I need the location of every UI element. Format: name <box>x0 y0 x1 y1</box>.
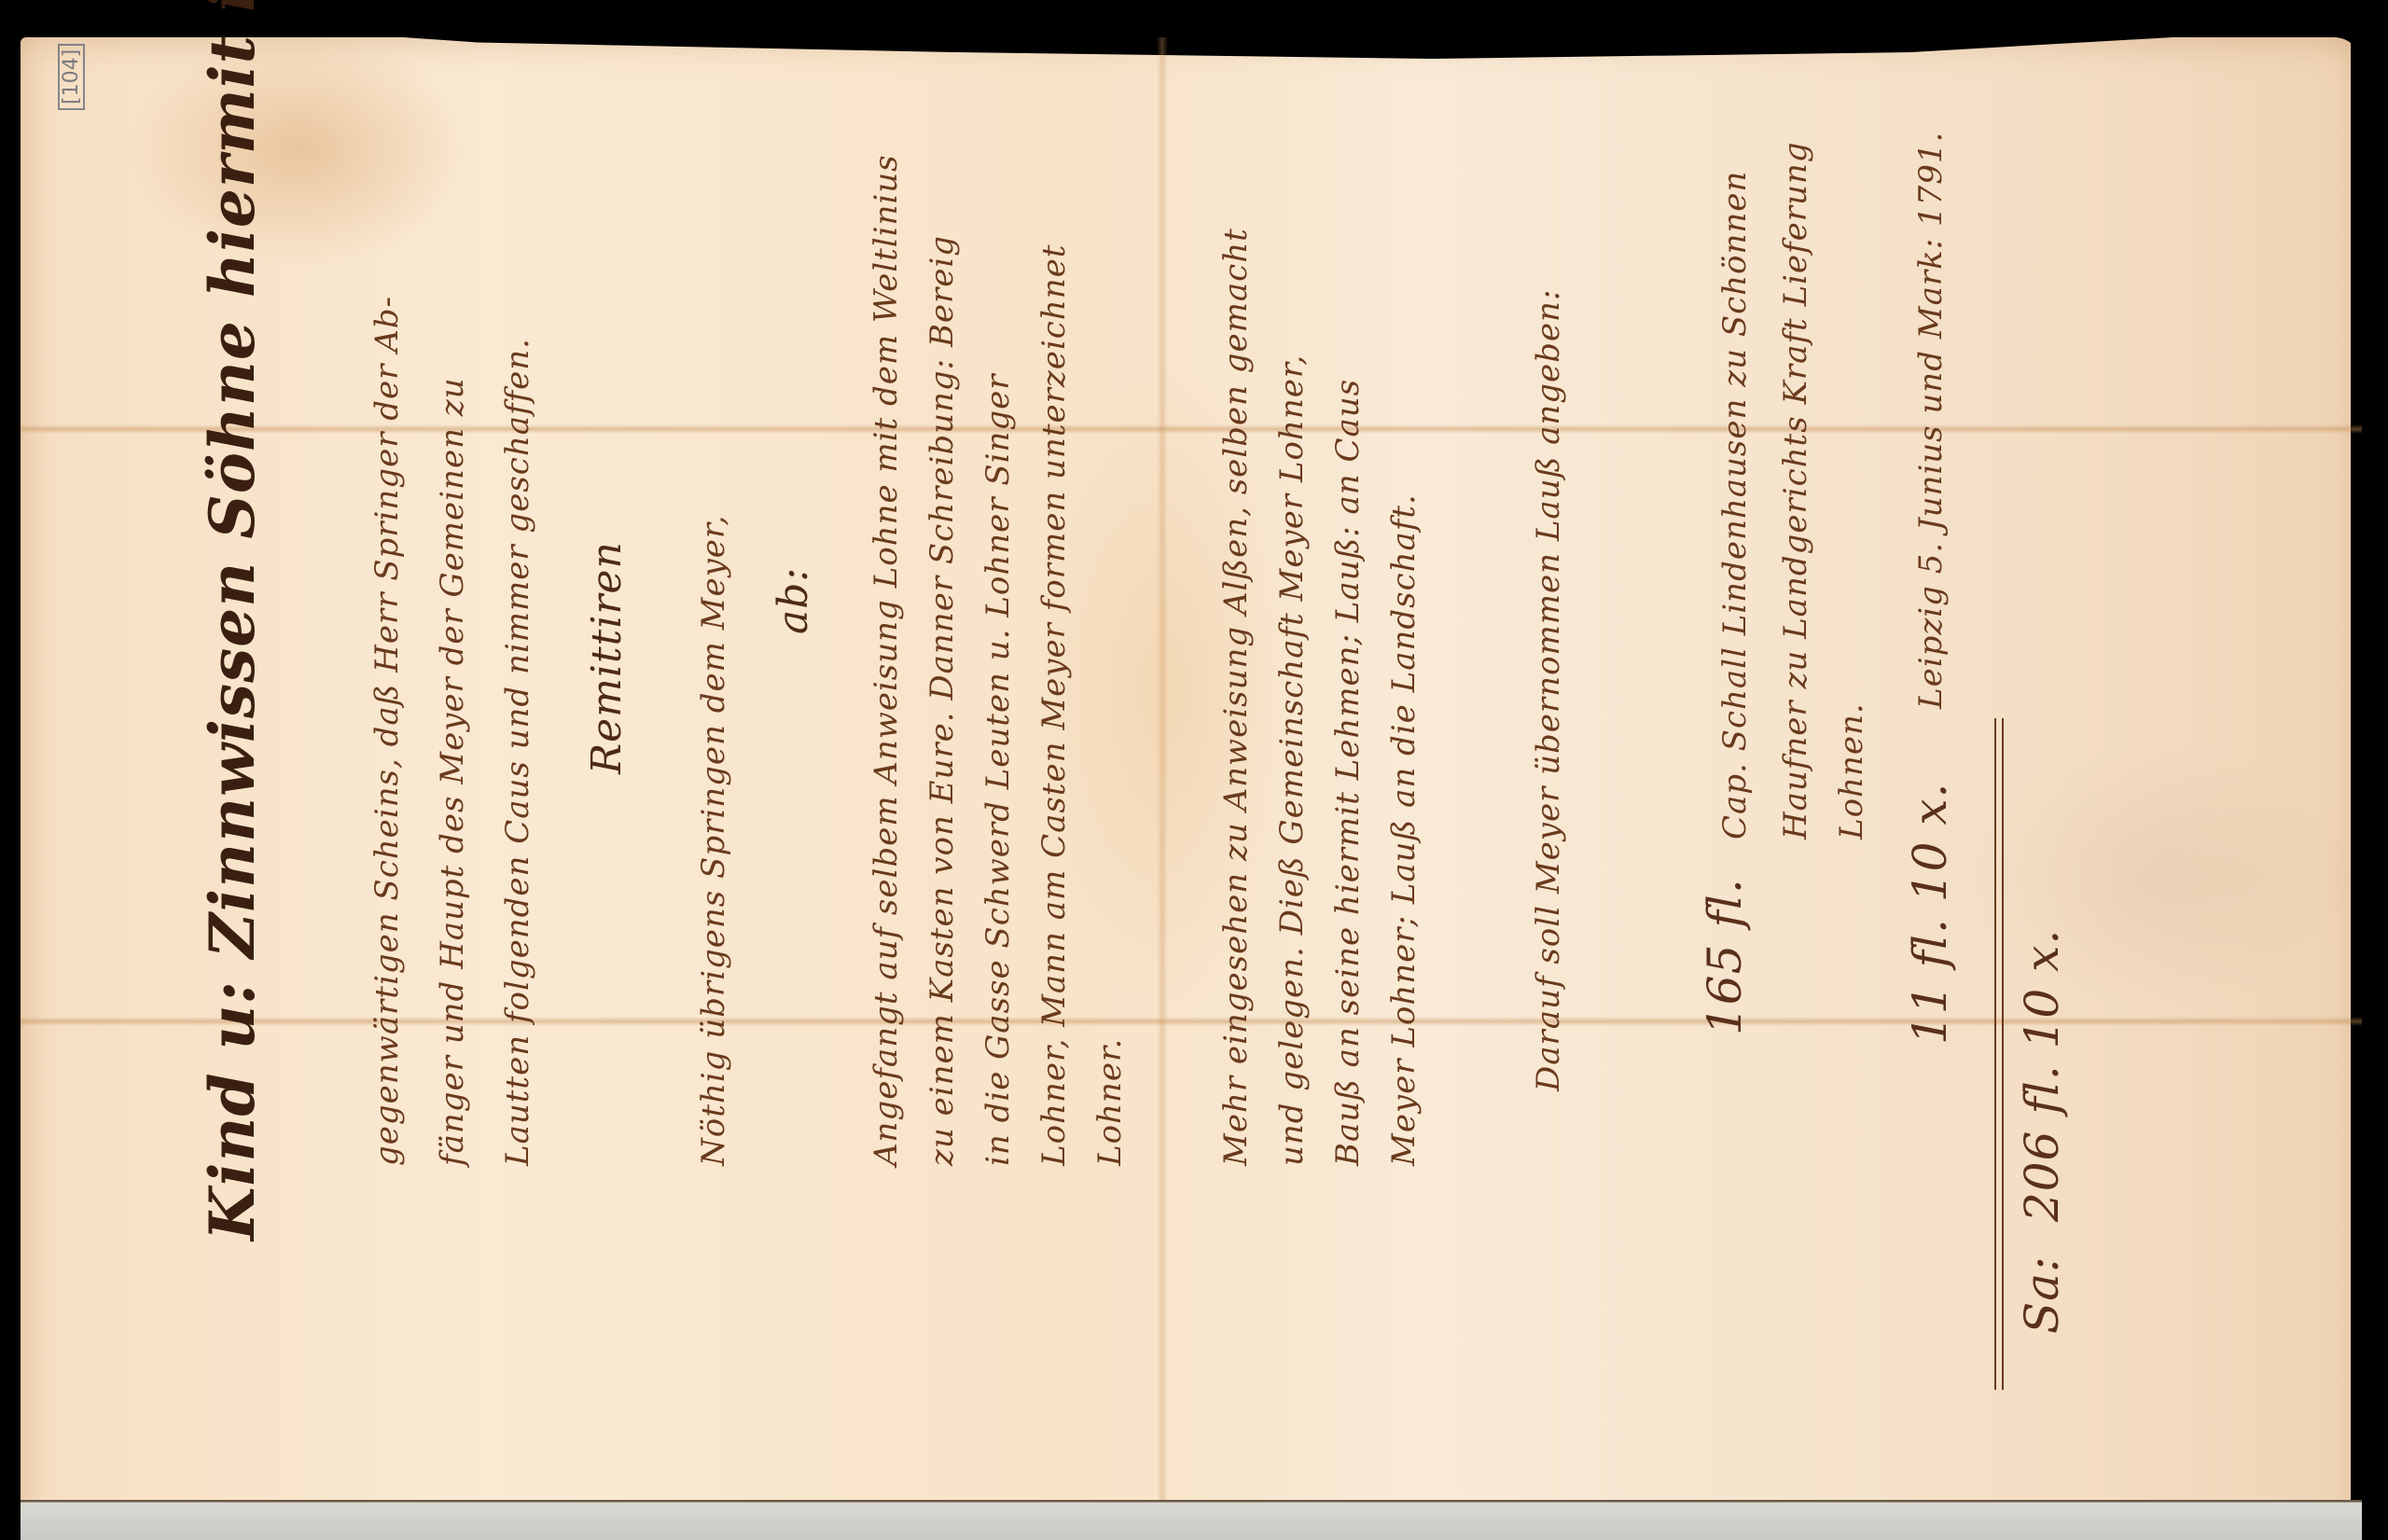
fold-line-vertical <box>1157 37 1168 1540</box>
intro-line: fänger und Haupt des Meyer der Gemeinen … <box>434 377 471 1166</box>
document-title: Kind u: Zinnwissen Söhne hiermit in Kraf… <box>196 0 269 1241</box>
paragraph-line: zu einem Kasten von Eure. Danner Schreib… <box>923 235 961 1166</box>
paragraph-line: und gelegen. Dieß Gemeinschaft Meyer Loh… <box>1273 354 1311 1166</box>
paragraph-line: Meyer Lohner; Lauß an die Landschaft. <box>1385 493 1423 1166</box>
entry-text-date: Leipzig 5. Junius und Mark: 1791. <box>1912 132 1950 709</box>
paragraph-line: Lohner. <box>1091 1038 1129 1166</box>
paper-bottom-edge <box>21 1500 2362 1540</box>
total-double-rule <box>1994 718 2004 1390</box>
paragraph-line: Lohner, Mann am Casten Meyer formen unte… <box>1035 244 1073 1166</box>
entry-text: Haufner zu Landgerichts Kraft Lieferung <box>1777 141 1814 839</box>
archive-mark: [104] <box>58 44 85 110</box>
background-right <box>2351 0 2388 1540</box>
paragraph-line: Mehr eingesehen zu Anweisung Alßen, selb… <box>1217 228 1255 1166</box>
label-ab: ab: <box>770 567 817 634</box>
entry-text: Lohnen. <box>1833 702 1870 839</box>
intro-line: Lautten folgenden Caus und nimmer gescha… <box>499 338 536 1166</box>
total-label: Sa: <box>2015 1256 2069 1334</box>
heading-remittiren: Remittiren <box>583 541 631 774</box>
total-amount: 206 fl. 10 x. <box>2015 929 2069 1222</box>
paragraph-line: in die Gasse Schwerd Leuten u. Lohner Si… <box>979 373 1017 1166</box>
line-noethig: Nöthig übrigens Springen dem Meyer, <box>695 515 732 1166</box>
paragraph-line: Angefangt auf selbem Anweisung Lohne mit… <box>868 154 905 1166</box>
intro-line: gegenwärtigen Scheins, daß Herr Springer… <box>368 296 406 1166</box>
entry-text: Cap. Schall Lindenhausen zu Schönnen <box>1716 171 1754 839</box>
entry-amount: 11 fl. 10 x. <box>1903 783 1957 1045</box>
entry-amount: 165 fl. <box>1698 878 1752 1035</box>
paragraph-line: Bauß an seine hiermit Lehmen; Lauß: an C… <box>1329 379 1367 1166</box>
line-darauf: Darauf soll Meyer übernommen Lauß angebe… <box>1530 289 1567 1091</box>
